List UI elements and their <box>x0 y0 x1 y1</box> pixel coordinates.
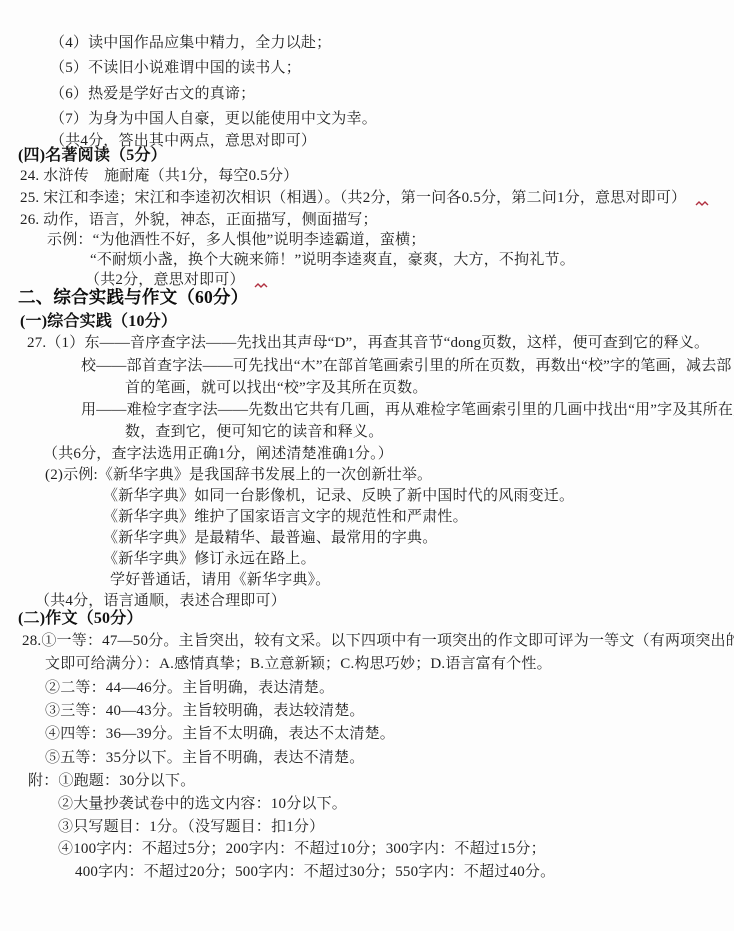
document-line: 文即可给满分）：A.感情真挚；B.立意新颖；C.构思巧妙；D.语言富有个性。 <box>45 654 552 674</box>
document-line: 《新华字典》修订永远在路上。 <box>103 549 316 569</box>
document-page: （4）读中国作品应集中精力，全力以赴；（5）不读旧小说难谓中国的读书人；（6）热… <box>0 0 734 931</box>
document-line: 25. 宋江和李逵；宋江和李逵初次相识（相遇）。（共2分，第一问各0.5分，第二… <box>20 188 709 208</box>
line-text: 用——难检字查字法——先数出它共有几画，再从难检字笔画索引里的几画中找出“用”字… <box>81 402 734 418</box>
line-text: (一)综合实践（10分） <box>20 313 177 330</box>
line-text: “不耐烦小盏，换个大碗来筛！”说明李逵爽直，豪爽，大方，不拘礼节。 <box>90 252 575 268</box>
line-text: 28.①一等：47—50分。主旨突出，较有文采。以下四项中有一项突出的作文即可评… <box>22 633 734 649</box>
document-line: ⑤五等：35分以下。主旨不明确，表达不清楚。 <box>45 748 364 768</box>
document-line: 400字内：不超过20分；500字内：不超过30分；550字内：不超过40分。 <box>75 862 555 882</box>
document-line: 24. 水浒传 施耐庵（共1分，每空0.5分） <box>20 166 298 186</box>
line-text: （5）不读旧小说难谓中国的读书人； <box>50 60 301 76</box>
document-line: ②二等：44—46分。主旨明确，表达清楚。 <box>45 678 334 698</box>
line-text: (四)名著阅读（5分） <box>18 147 167 164</box>
section-heading: (一)综合实践（10分） <box>20 312 177 332</box>
document-line: “不耐烦小盏，换个大碗来筛！”说明李逵爽直，豪爽，大方，不拘礼节。 <box>90 250 575 270</box>
document-line: 28.①一等：47—50分。主旨突出，较有文采。以下四项中有一项突出的作文即可评… <box>22 631 734 651</box>
document-line: 《新华字典》如同一台影像机，记录、反映了新中国时代的风雨变迁。 <box>103 486 574 506</box>
document-line: 学好普通话，请用《新华字典》。 <box>110 570 331 590</box>
line-text: （共6分，查字法选用正确1分，阐述清楚准确1分。） <box>43 446 393 462</box>
line-text: （4）读中国作品应集中精力，全力以赴； <box>50 35 331 51</box>
line-text: ②大量抄袭试卷中的选文内容：10分以下。 <box>58 796 347 812</box>
document-line: ②大量抄袭试卷中的选文内容：10分以下。 <box>58 794 347 814</box>
line-text: (2)示例:《新华字典》是我国辞书发展上的一次创新壮举。 <box>45 467 432 483</box>
document-line: 《新华字典》是最精华、最普遍、最常用的字典。 <box>103 528 437 548</box>
document-line: 26. 动作，语言，外貌，神态，正面描写，侧面描写； <box>20 210 378 230</box>
line-text: 示例：“为他酒性不好，多人惧他”说明李逵霸道，蛮横； <box>47 232 426 248</box>
document-line: ③只写题目：1分。（没写题目：扣1分） <box>58 817 324 837</box>
red-squiggle-icon <box>254 282 268 290</box>
line-text: ⑤五等：35分以下。主旨不明确，表达不清楚。 <box>45 750 364 766</box>
line-text: 《新华字典》是最精华、最普遍、最常用的字典。 <box>103 530 437 546</box>
line-text: 文即可给满分）：A.感情真挚；B.立意新颖；C.构思巧妙；D.语言富有个性。 <box>45 656 552 672</box>
line-text: 二、综合实践与作文（60分） <box>18 287 248 307</box>
line-text: ③只写题目：1分。（没写题目：扣1分） <box>58 819 324 835</box>
line-text: 数，查到它，便可知它的读音和释义。 <box>125 424 383 440</box>
document-line: 校——部首查字法——可先找出“木”在部首笔画索引里的所在页数，再数出“校”字的笔… <box>81 356 732 376</box>
section-title: 二、综合实践与作文（60分） <box>18 287 248 307</box>
section-heading: (四)名著阅读（5分） <box>18 146 167 166</box>
document-line: 《新华字典》维护了国家语言文字的规范性和严肃性。 <box>103 507 468 527</box>
document-line: 示例：“为他酒性不好，多人惧他”说明李逵霸道，蛮横； <box>47 230 426 250</box>
document-line: (2)示例:《新华字典》是我国辞书发展上的一次创新壮举。 <box>45 465 432 485</box>
document-line: （4）读中国作品应集中精力，全力以赴； <box>50 33 331 53</box>
line-text: 校——部首查字法——可先找出“木”在部首笔画索引里的所在页数，再数出“校”字的笔… <box>81 358 732 374</box>
line-text: ④四等：36—39分。主旨不太明确，表达不太清楚。 <box>45 726 395 742</box>
line-text: （共4分，语言通顺，表述合理即可） <box>35 593 286 609</box>
line-text: （共2分，意思对即可） <box>85 272 245 288</box>
line-text: ④100字内：不超过5分；200字内：不超过10分；300字内：不超过15分； <box>58 841 546 857</box>
document-line: （共4分，语言通顺，表述合理即可） <box>35 591 286 611</box>
line-text: ③三等：40—43分。主旨较明确，表达较清楚。 <box>45 703 365 719</box>
line-text: 《新华字典》维护了国家语言文字的规范性和严肃性。 <box>103 509 468 525</box>
line-text: ②二等：44—46分。主旨明确，表达清楚。 <box>45 680 334 696</box>
line-text: 27.（1）东——音序查字法——先找出其声母“D”，再查其音节“dong页数，这… <box>27 335 709 351</box>
document-line: 附：①跑题：30分以下。 <box>28 771 195 791</box>
section-heading: (二)作文（50分） <box>18 609 143 629</box>
document-line: ④四等：36—39分。主旨不太明确，表达不太清楚。 <box>45 724 395 744</box>
document-line: （7）为身为中国人自豪，更以能使用中文为幸。 <box>50 109 377 129</box>
document-line: 27.（1）东——音序查字法——先找出其声母“D”，再查其音节“dong页数，这… <box>27 333 709 353</box>
line-text: (二)作文（50分） <box>18 610 143 627</box>
line-text: 26. 动作，语言，外貌，神态，正面描写，侧面描写； <box>20 212 378 228</box>
document-line: （5）不读旧小说难谓中国的读书人； <box>50 58 301 78</box>
document-line: 数，查到它，便可知它的读音和释义。 <box>125 422 383 442</box>
line-text: （7）为身为中国人自豪，更以能使用中文为幸。 <box>50 111 377 127</box>
line-text: 《新华字典》如同一台影像机，记录、反映了新中国时代的风雨变迁。 <box>103 488 574 504</box>
document-line: 用——难检字查字法——先数出它共有几画，再从难检字笔画索引里的几画中找出“用”字… <box>81 400 734 420</box>
line-text: 首的笔画，就可以找出“校”字及其所在页数。 <box>125 380 428 396</box>
line-text: 《新华字典》修订永远在路上。 <box>103 551 316 567</box>
document-line: ④100字内：不超过5分；200字内：不超过10分；300字内：不超过15分； <box>58 839 546 859</box>
line-text: 25. 宋江和李逵；宋江和李逵初次相识（相遇）。（共2分，第一问各0.5分，第二… <box>20 190 686 206</box>
red-squiggle-icon <box>695 200 709 208</box>
document-line: （共6分，查字法选用正确1分，阐述清楚准确1分。） <box>43 444 393 464</box>
line-text: 学好普通话，请用《新华字典》。 <box>110 572 331 588</box>
line-text: 400字内：不超过20分；500字内：不超过30分；550字内：不超过40分。 <box>75 864 555 880</box>
document-line: 首的笔画，就可以找出“校”字及其所在页数。 <box>125 378 428 398</box>
line-text: 附：①跑题：30分以下。 <box>28 773 195 789</box>
line-text: 24. 水浒传 施耐庵（共1分，每空0.5分） <box>20 168 298 184</box>
line-text: （6）热爱是学好古文的真谛； <box>50 86 255 102</box>
document-line: （6）热爱是学好古文的真谛； <box>50 84 255 104</box>
document-line: ③三等：40—43分。主旨较明确，表达较清楚。 <box>45 701 365 721</box>
